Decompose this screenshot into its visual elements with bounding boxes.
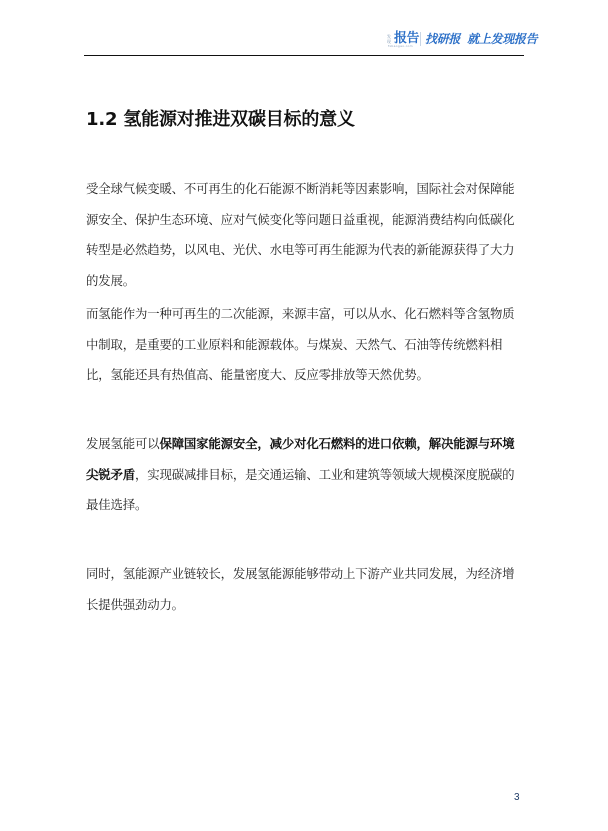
paragraph-3-lead: 发展氢能可以 [86,436,159,451]
paragraph-3: 发展氢能可以保障国家能源安全，减少对化石燃料的进口依赖，解决能源与环境尖锐矛盾，… [86,429,526,521]
logo-domain-text: fxbaogao.com [388,44,413,48]
logo-mini-label: 发现 [387,34,393,44]
paragraph-4: 同时，氢能源产业链较长，发展氢能源能够带动上下游产业共同发展，为经济增长提供强劲… [86,559,526,620]
logo-divider [420,32,421,46]
slogan-part-2: 就上发现报告 [467,32,537,46]
logo-mini-text: 发现 [387,34,393,44]
paragraph-3-tail: ，实现碳减排目标，是交通运输、工业和建筑等领域大规模深度脱碳的最佳选择。 [86,467,514,513]
header-divider-line [84,55,524,56]
paragraph-1: 受全球气候变暖、不可再生的化石能源不断消耗等因素影响，国际社会对保障能源安全、保… [86,174,526,296]
page-header: 发现 报告 fxbaogao.com 找研报就上发现报告 [0,0,608,56]
header-slogan: 找研报就上发现报告 [425,31,537,47]
section-title: 1.2 氢能源对推进双碳目标的意义 [86,108,355,132]
paragraph-2: 而氢能作为一种可再生的二次能源，来源丰富，可以从水、化石燃料等含氢物质中制取，是… [86,299,526,391]
page-number: 3 [514,792,520,803]
slogan-part-1: 找研报 [425,32,460,46]
